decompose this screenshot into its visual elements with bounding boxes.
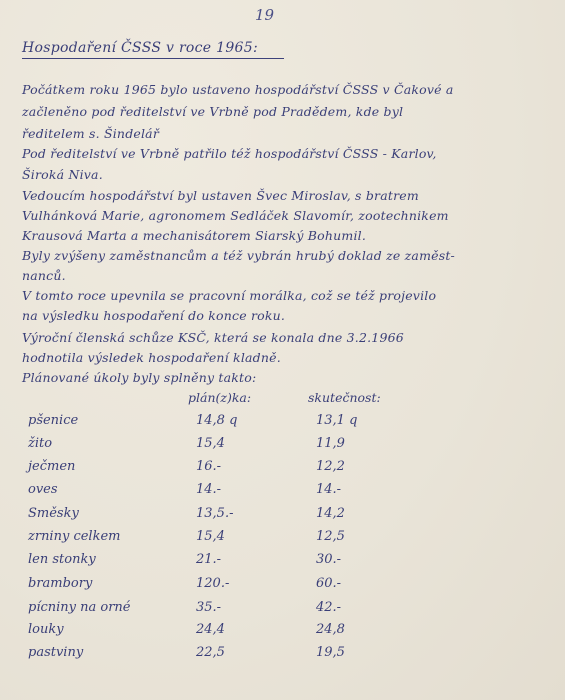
paragraph-line: Vulhánková Marie, agronomem Sedláček Sla… (22, 208, 449, 223)
crop-name: oves (28, 482, 58, 497)
crop-name: zrniny celkem (28, 529, 120, 544)
table-row: žito 15,4 11,9 (0, 436, 565, 458)
plan-value: 24,4 (196, 622, 225, 637)
crop-name: Směsky (28, 506, 79, 521)
actual-value: 19,5 (316, 645, 345, 660)
plan-value: 15,4 (196, 436, 225, 451)
table-row: Směsky 13,5.- 14,2 (0, 506, 565, 528)
actual-value: 42.- (316, 600, 341, 615)
plan-value: 14,8 q (196, 413, 237, 428)
plan-value: 15,4 (196, 529, 225, 544)
plan-value: 13,5.- (196, 506, 233, 521)
paragraph-line: Výroční členská schůze KSČ, která se kon… (22, 330, 404, 345)
actual-value: 13,1 q (316, 413, 357, 428)
paragraph-line: V tomto roce upevnila se pracovní morálk… (22, 288, 436, 303)
table-row: len stonky 21.- 30.- (0, 552, 565, 574)
actual-column-header: skutečnost: (308, 390, 381, 405)
crop-name: louky (28, 622, 64, 637)
table-row: pícniny na orné 35.- 42.- (0, 600, 565, 622)
plan-value: 120.- (196, 576, 229, 591)
actual-value: 30.- (316, 552, 341, 567)
table-row: zrniny celkem 15,4 12,5 (0, 529, 565, 551)
crop-name: žito (28, 436, 52, 451)
page-heading: Hospodaření ČSSS v roce 1965: (22, 40, 284, 59)
plan-value: 22,5 (196, 645, 225, 660)
paragraph-line: na výsledku hospodaření do konce roku. (22, 308, 285, 323)
paragraph-line: začleněno pod ředitelství ve Vrbně pod P… (22, 104, 403, 119)
paragraph-line: hodnotila výsledek hospodaření kladně. (22, 350, 281, 365)
crop-name: ječmen (28, 459, 75, 474)
page-number: 19 (255, 6, 274, 24)
paragraph-line: Pod ředitelství ve Vrbně patřilo též hos… (22, 146, 437, 161)
actual-value: 11,9 (316, 436, 345, 451)
table-row: pšenice 14,8 q 13,1 q (0, 413, 565, 435)
crop-name: pícniny na orné (28, 600, 131, 615)
table-row: ječmen 16.- 12,2 (0, 459, 565, 481)
plan-value: 14.- (196, 482, 221, 497)
chronicle-page: 19 Hospodaření ČSSS v roce 1965: Počátke… (0, 0, 565, 700)
crop-name: pastviny (28, 645, 83, 660)
crop-name: len stonky (28, 552, 96, 567)
actual-value: 12,5 (316, 529, 345, 544)
paragraph-line: Vedoucím hospodářství byl ustaven Švec M… (22, 188, 419, 203)
paragraph-line: Plánované úkoly byly splněny takto: (22, 370, 256, 385)
paragraph-line: Počátkem roku 1965 bylo ustaveno hospodá… (22, 82, 454, 97)
paragraph-line: Široká Niva. (22, 167, 103, 182)
actual-value: 24,8 (316, 622, 345, 637)
paragraph-line: ředitelem s. Šindelář (22, 126, 159, 141)
actual-value: 14,2 (316, 506, 345, 521)
paragraph-line: Byly zvýšeny zaměstnancům a též vybrán h… (22, 248, 455, 263)
crop-name: pšenice (28, 413, 78, 428)
table-row: pastviny 22,5 19,5 (0, 645, 565, 667)
table-row: louky 24,4 24,8 (0, 622, 565, 644)
crop-name: brambory (28, 576, 92, 591)
actual-value: 14.- (316, 482, 341, 497)
table-row: oves 14.- 14.- (0, 482, 565, 504)
paragraph-line: Krausová Marta a mechanisátorem Siarský … (22, 228, 366, 243)
table-row: brambory 120.- 60.- (0, 576, 565, 598)
plan-value: 21.- (196, 552, 221, 567)
actual-value: 60.- (316, 576, 341, 591)
plan-value: 16.- (196, 459, 221, 474)
plan-column-header: plán(z)ka: (188, 390, 251, 405)
plan-value: 35.- (196, 600, 221, 615)
paragraph-line: nanců. (22, 268, 66, 283)
actual-value: 12,2 (316, 459, 345, 474)
